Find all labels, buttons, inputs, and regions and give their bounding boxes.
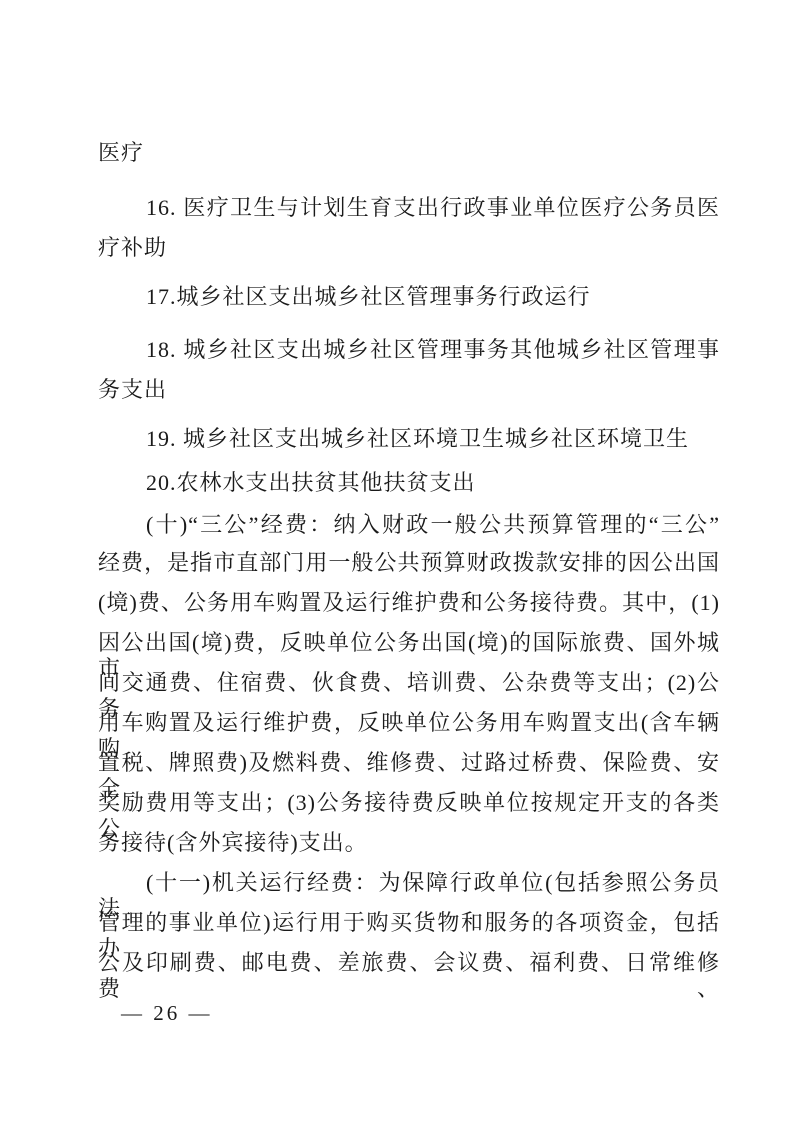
page-number: — 26 — bbox=[121, 1001, 213, 1026]
text-line: 19. 城乡社区支出城乡社区环境卫生城乡社区环境卫生 bbox=[98, 426, 720, 452]
text-line: 务支出 bbox=[98, 377, 720, 403]
text-line: (境)费、公务用车购置及运行维护费和公务接待费。其中，(1) bbox=[98, 590, 720, 616]
text-line: 公及印刷费、邮电费、差旅费、会议费、福利费、日常维修费、 bbox=[98, 950, 720, 1002]
text-line: 疗补助 bbox=[98, 235, 720, 261]
text-line: (十)“三公”经费：纳入财政一般公共预算管理的“三公” bbox=[98, 512, 720, 538]
text-line: 医疗 bbox=[98, 140, 720, 166]
text-line: 经费，是指市直部门用一般公共预算财政拨款安排的因公出国 bbox=[98, 550, 720, 576]
text-line: 20.农林水支出扶贫其他扶贫支出 bbox=[98, 470, 720, 496]
text-line: 18. 城乡社区支出城乡社区管理事务其他城乡社区管理事 bbox=[98, 337, 720, 363]
document-page: 医疗 16. 医疗卫生与计划生育支出行政事业单位医疗公务员医 疗补助 17.城乡… bbox=[0, 0, 793, 1122]
text-line: 16. 医疗卫生与计划生育支出行政事业单位医疗公务员医 bbox=[98, 195, 720, 221]
text-line: 17.城乡社区支出城乡社区管理事务行政运行 bbox=[98, 284, 720, 310]
text-line: 务接待(含外宾接待)支出。 bbox=[98, 830, 720, 856]
